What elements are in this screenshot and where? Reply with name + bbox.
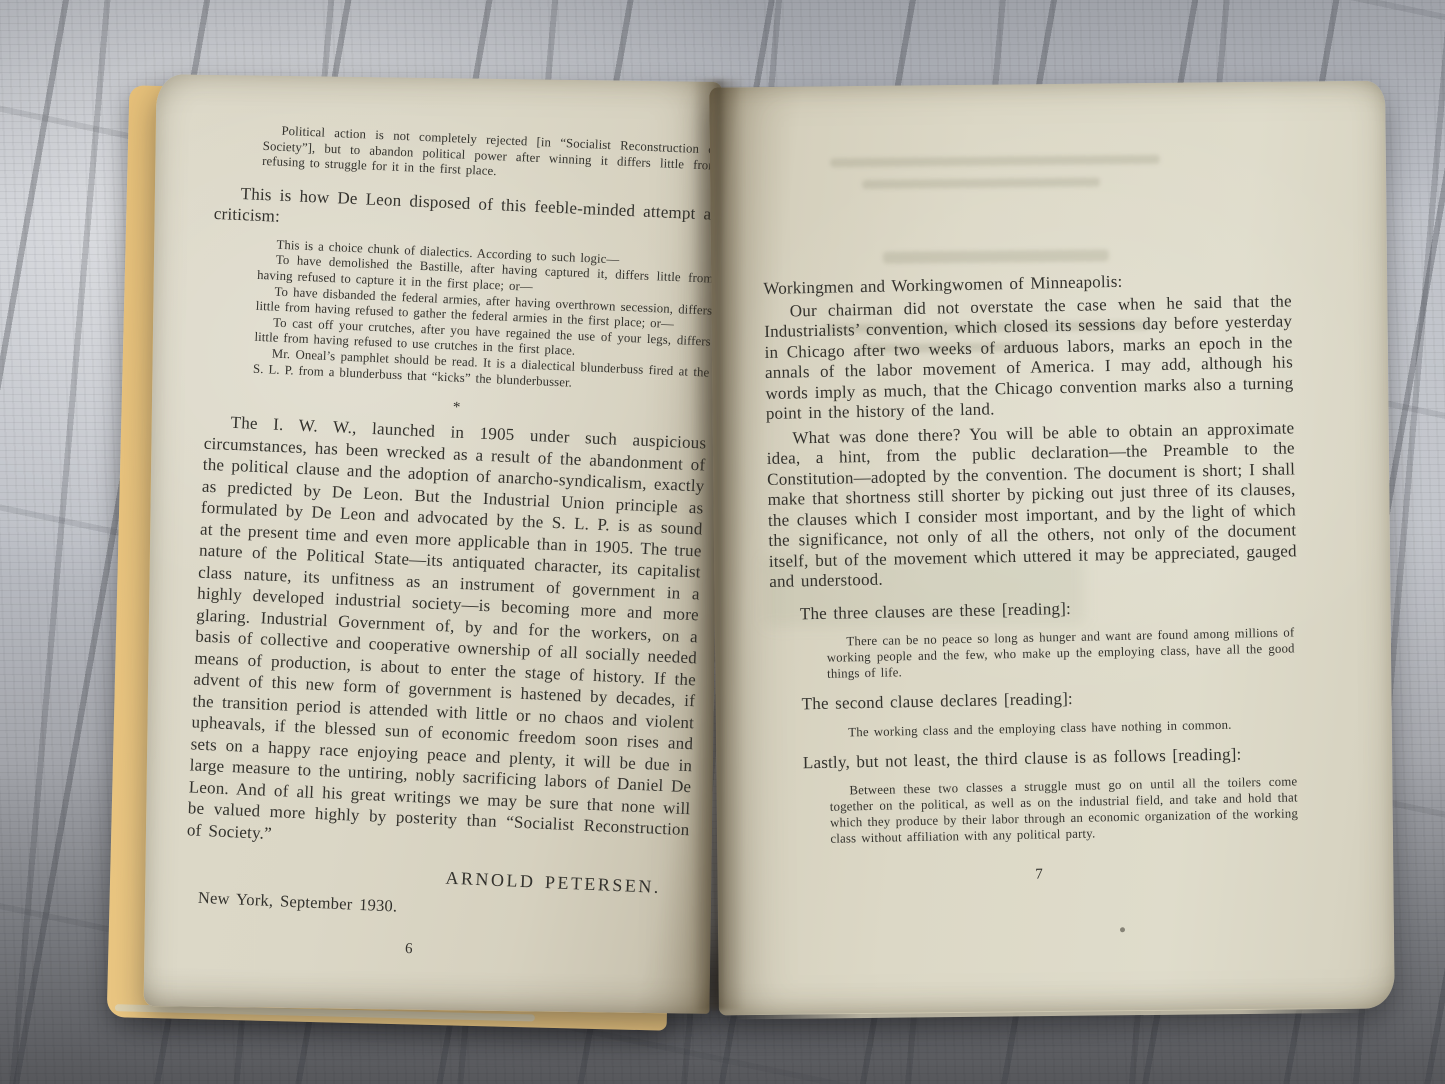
page-right-text: Workingmen and Workingwomen of Minneapol… — [763, 268, 1303, 890]
show-through-text — [830, 155, 1160, 167]
page-right: Workingmen and Workingwomen of Minneapol… — [709, 80, 1395, 1015]
preamble-quote: There can be no peace so long as hunger … — [826, 624, 1295, 681]
preamble-quote: Between these two classes a struggle mus… — [829, 773, 1298, 846]
show-through-text — [883, 249, 1109, 263]
dialectics-quote-block: This is a choice chunk of dialectics. Ac… — [253, 237, 715, 397]
page-left: Political action is not completely rejec… — [144, 74, 723, 1014]
clause-intro: The three clauses are these [reading]: — [770, 594, 1298, 625]
show-through-text — [862, 177, 1100, 188]
page-number-right: 7 — [775, 859, 1303, 890]
intro-paragraph: This is how De Leon disposed of this fee… — [213, 182, 716, 247]
paragraph: What was done there? You will be able to… — [766, 418, 1297, 593]
clause-intro: Lastly, but not least, the third clause … — [773, 743, 1301, 774]
page-number-left: 6 — [158, 928, 660, 971]
page-left-text: Political action is not completely rejec… — [182, 121, 720, 973]
paragraph: Our chairman did not overstate the case … — [764, 291, 1294, 425]
clause-intro: The second clause declares [reading]: — [772, 684, 1300, 715]
opening-quote-block: Political action is not completely rejec… — [262, 123, 720, 190]
opening-quote: Political action is not completely rejec… — [262, 123, 720, 190]
main-paragraph: The I. W. W., launched in 1905 under suc… — [186, 411, 706, 862]
paper-speck — [1120, 927, 1125, 932]
preamble-quote: The working class and the employing clas… — [828, 715, 1296, 740]
